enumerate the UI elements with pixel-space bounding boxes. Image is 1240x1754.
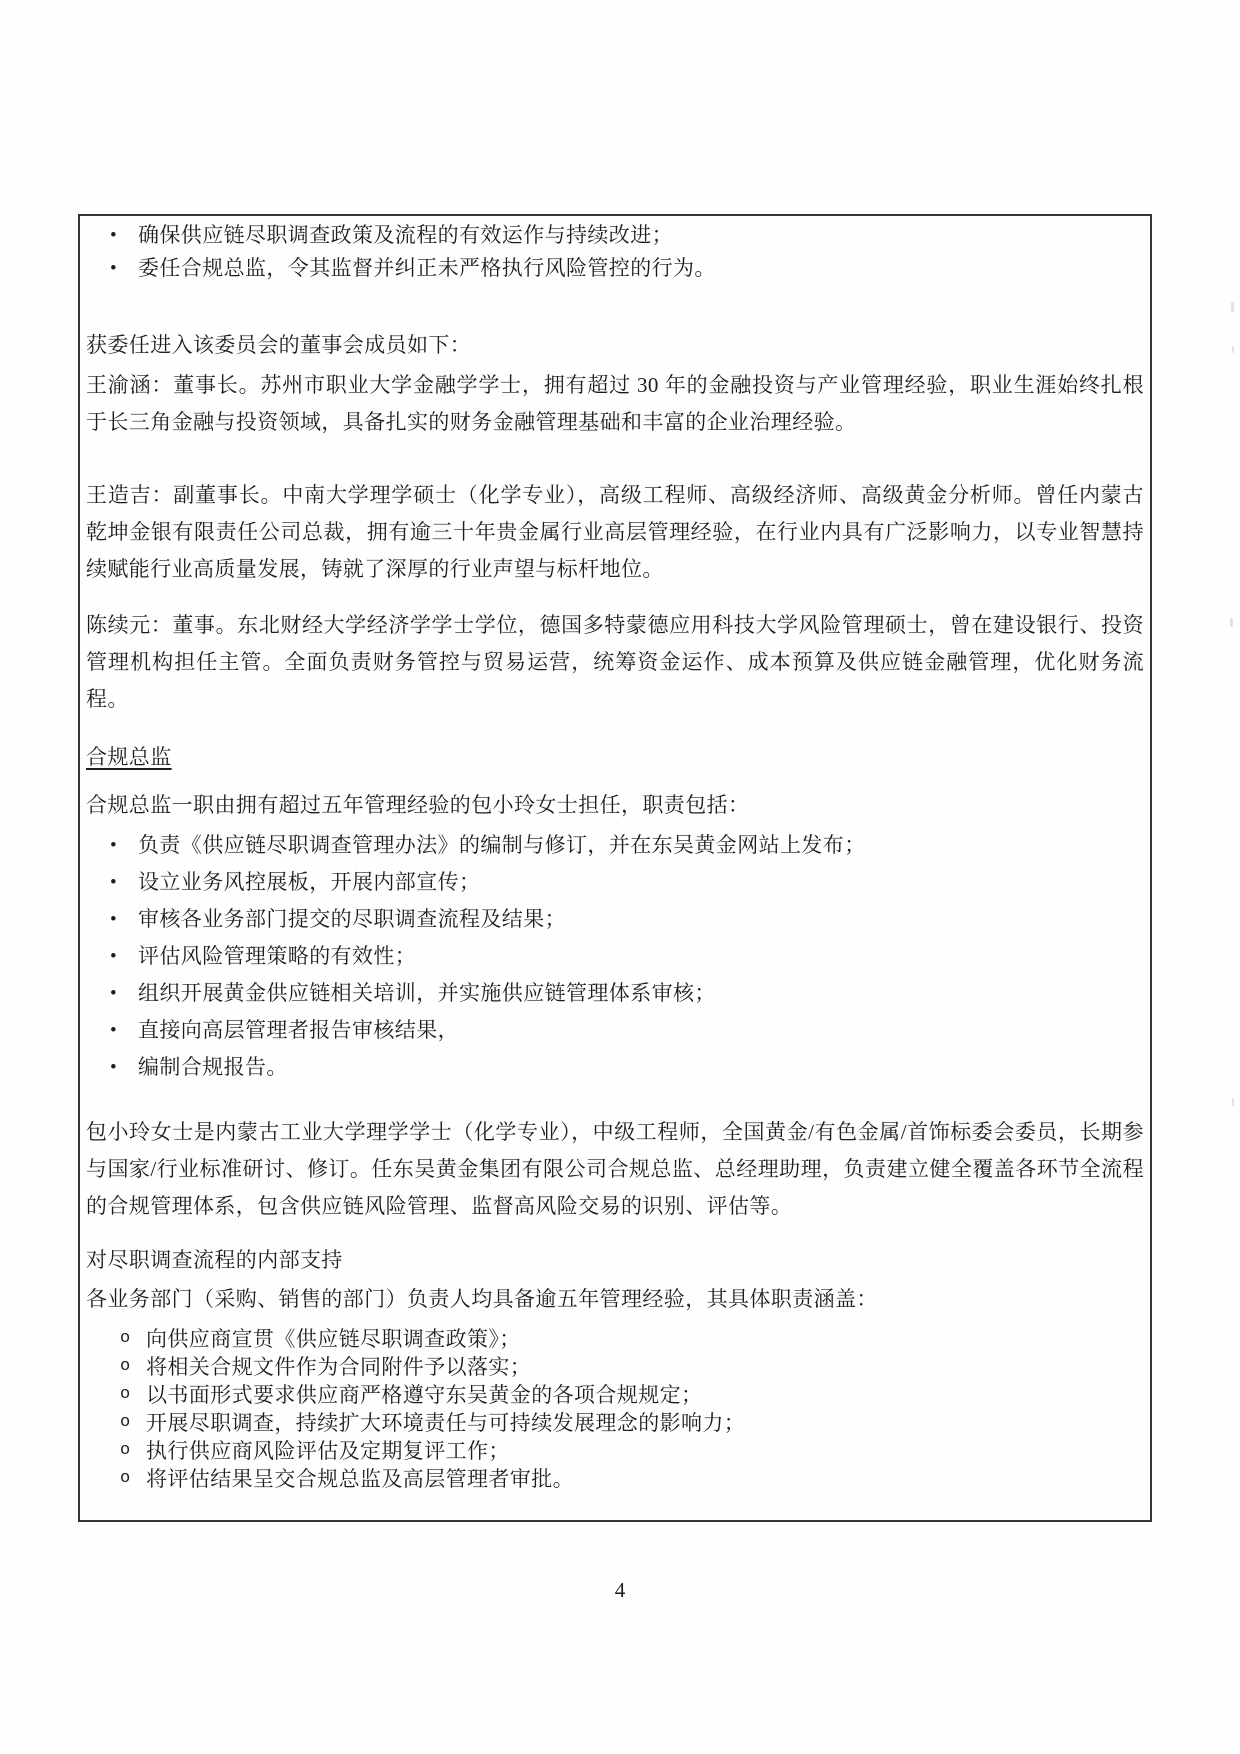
document-page: • 确保供应链尽职调查政策及流程的有效运作与持续改进； • 委任合规总监，令其监… <box>0 0 1240 1754</box>
director-paragraph-2: 王造吉：副董事长。中南大学理学硕士（化学专业），高级工程师、高级经济师、高级黄金… <box>86 477 1144 588</box>
bullet-dot-icon: • <box>110 219 117 252</box>
scan-artifact <box>1232 1098 1234 1106</box>
director-paragraph-3: 陈续元：董事。东北财经大学经济学学士学位，德国多特蒙德应用科技大学风险管理硕士，… <box>86 607 1144 718</box>
duty-text-2: 设立业务风控展板，开展内部宣传； <box>138 870 480 894</box>
internal-support-heading: 对尽职调查流程的内部支持 <box>86 1242 1144 1279</box>
top-bullet-list: • 确保供应链尽职调查政策及流程的有效运作与持续改进； • 委任合规总监，令其监… <box>86 219 1144 285</box>
scan-artifact <box>1232 346 1234 353</box>
list-item: • 直接向高层管理者报告审核结果， <box>86 1012 1144 1049</box>
support-item-text-4: 开展尽职调查，持续扩大环境责任与可持续发展理念的影响力； <box>146 1411 745 1435</box>
bullet-dot-icon: • <box>110 1012 117 1049</box>
content-area: • 确保供应链尽职调查政策及流程的有效运作与持续改进； • 委任合规总监，令其监… <box>80 216 1150 1493</box>
internal-support-list: o 向供应商宣贯《供应链尽职调查政策》； o 将相关合规文件作为合同附件予以落实… <box>86 1325 1144 1493</box>
support-item-text-1: 向供应商宣贯《供应链尽职调查政策》； <box>146 1327 521 1351</box>
list-item: • 设立业务风控展板，开展内部宣传； <box>86 864 1144 901</box>
support-item-text-2: 将相关合规文件作为合同附件予以落实； <box>146 1355 531 1379</box>
list-item: • 编制合规报告。 <box>86 1049 1144 1086</box>
list-item: o 开展尽职调查，持续扩大环境责任与可持续发展理念的影响力； <box>86 1409 1144 1437</box>
list-item: o 将相关合规文件作为合同附件予以落实； <box>86 1353 1144 1381</box>
scan-artifact <box>1230 618 1233 627</box>
duty-text-7: 编制合规报告。 <box>138 1055 288 1079</box>
list-item: o 将评估结果呈交合规总监及高层管理者审批。 <box>86 1465 1144 1493</box>
list-item: • 组织开展黄金供应链相关培训，并实施供应链管理体系审核； <box>86 975 1144 1012</box>
list-item: • 委任合规总监，令其监督并纠正未严格执行风险管控的行为。 <box>86 252 1144 285</box>
compliance-bio-paragraph: 包小玲女士是内蒙古工业大学理学学士（化学专业），中级工程师，全国黄金/有色金属/… <box>86 1114 1144 1225</box>
director-paragraph-1: 王渝涵：董事长。苏州市职业大学金融学学士，拥有超过 30 年的金融投资与产业管理… <box>86 367 1144 441</box>
list-item: o 向供应商宣贯《供应链尽职调查政策》； <box>86 1325 1144 1353</box>
list-item: o 执行供应商风险评估及定期复评工作； <box>86 1437 1144 1465</box>
compliance-director-heading: 合规总监 <box>86 739 1144 776</box>
content-border-box: • 确保供应链尽职调查政策及流程的有效运作与持续改进； • 委任合规总监，令其监… <box>78 214 1152 1522</box>
duty-text-3: 审核各业务部门提交的尽职调查流程及结果； <box>138 907 566 931</box>
circle-bullet-icon: o <box>120 1409 131 1437</box>
list-item: • 负责《供应链尽职调查管理办法》的编制与修订，并在东吴黄金网站上发布； <box>86 827 1144 864</box>
duty-text-6: 直接向高层管理者报告审核结果， <box>138 1018 459 1042</box>
bullet-dot-icon: • <box>110 901 117 938</box>
page-number: 4 <box>0 1578 1240 1603</box>
circle-bullet-icon: o <box>120 1437 131 1465</box>
bullet-dot-icon: • <box>110 864 117 901</box>
bullet-dot-icon: • <box>110 1049 117 1086</box>
duty-text-4: 评估风险管理策略的有效性； <box>138 944 416 968</box>
bullet-dot-icon: • <box>110 938 117 975</box>
compliance-duty-list: • 负责《供应链尽职调查管理办法》的编制与修订，并在东吴黄金网站上发布； • 设… <box>86 827 1144 1086</box>
scan-artifact <box>1231 302 1234 312</box>
circle-bullet-icon: o <box>120 1325 131 1353</box>
list-item: • 审核各业务部门提交的尽职调查流程及结果； <box>86 901 1144 938</box>
support-item-text-3: 以书面形式要求供应商严格遵守东吴黄金的各项合规规定； <box>146 1383 702 1407</box>
support-item-text-5: 执行供应商风险评估及定期复评工作； <box>146 1439 510 1463</box>
bullet-dot-icon: • <box>110 975 117 1012</box>
list-item: • 评估风险管理策略的有效性； <box>86 938 1144 975</box>
bullet-dot-icon: • <box>110 252 117 285</box>
internal-support-lead: 各业务部门（采购、销售的部门）负责人均具备逾五年管理经验，其具体职责涵盖： <box>86 1281 1144 1318</box>
list-item: o 以书面形式要求供应商严格遵守东吴黄金的各项合规规定； <box>86 1381 1144 1409</box>
duty-text-5: 组织开展黄金供应链相关培训，并实施供应链管理体系审核； <box>138 981 716 1005</box>
committee-intro: 获委任进入该委员会的董事会成员如下： <box>86 327 1144 364</box>
top-bullet-text-1: 确保供应链尽职调查政策及流程的有效运作与持续改进； <box>138 223 673 247</box>
bullet-dot-icon: • <box>110 827 117 864</box>
support-item-text-6: 将评估结果呈交合规总监及高层管理者审批。 <box>146 1467 574 1491</box>
duty-text-1: 负责《供应链尽职调查管理办法》的编制与修订，并在东吴黄金网站上发布； <box>138 833 866 857</box>
list-item: • 确保供应链尽职调查政策及流程的有效运作与持续改进； <box>86 219 1144 252</box>
circle-bullet-icon: o <box>120 1465 131 1493</box>
top-bullet-text-2: 委任合规总监，令其监督并纠正未严格执行风险管控的行为。 <box>138 256 716 280</box>
compliance-lead: 合规总监一职由拥有超过五年管理经验的包小玲女士担任，职责包括： <box>86 787 1144 824</box>
circle-bullet-icon: o <box>120 1353 131 1381</box>
circle-bullet-icon: o <box>120 1381 131 1409</box>
